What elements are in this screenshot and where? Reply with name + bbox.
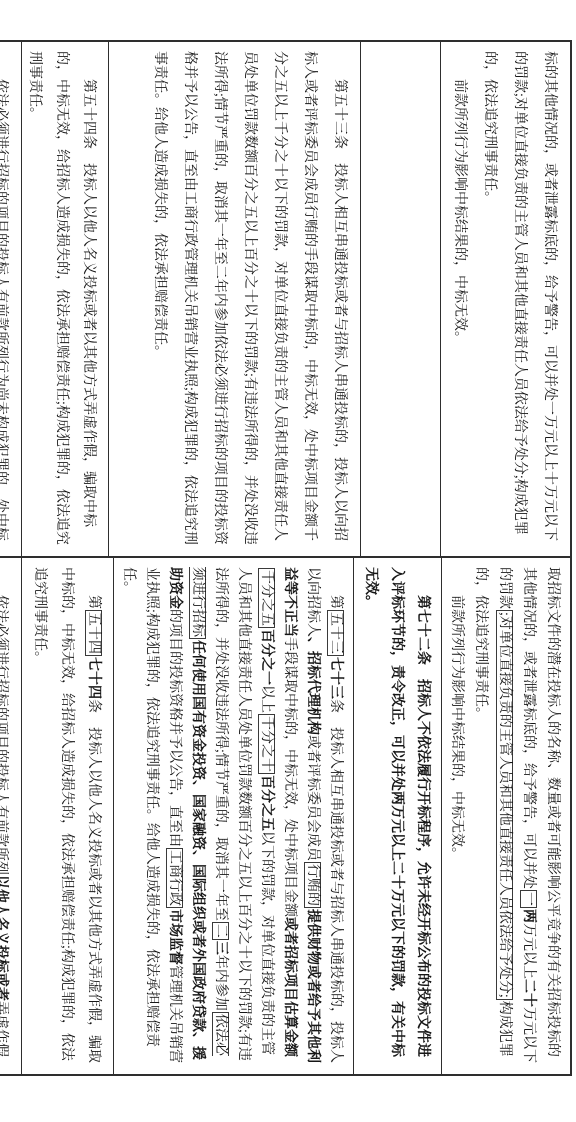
- text-segment: 的项目的投标资格并予以公告，直至由: [167, 609, 182, 847]
- text-segment: 前款所列行为影响中标结果的，中标无效。: [449, 595, 464, 861]
- text-segment: 五十三: [327, 610, 344, 656]
- old-article-54-para2-cutoff: 依法必须进行招标的项目的投标人有前款所列行为尚未构成犯罪的，处中标项目金额千分之…: [0, 42, 21, 556]
- paragraph: 取招标文件的潜在投标人的名称、数量或者可能影响公平竞争的有关招标投标的其他情况的…: [468, 567, 564, 1066]
- text-segment: 第: [328, 595, 343, 609]
- draft-article-74-para2-cutoff: 依法必须进行招标的项目的投标人有前款所列以他人名义投标或者弄虚作假行为尚未构成犯…: [0, 558, 21, 1074]
- old-law-column: 标的其他情况的，或者泄露标底的，给予警告，可以并处一万元以上十万元以下的罚款;对…: [0, 40, 570, 558]
- document-page: 标的其他情况的，或者泄露标底的，给予警告，可以并处一万元以上十万元以下的罚款;对…: [0, 0, 576, 1122]
- paragraph: 标的其他情况的，或者泄露标底的，给予警告，可以并处一万元以上十万元以下的罚款;对…: [474, 51, 564, 548]
- text-segment: 依法必须进行招标的项目的投标人有前款所列: [0, 595, 8, 875]
- text-segment: 二: [212, 922, 229, 940]
- text-segment: 第: [86, 595, 101, 609]
- text-segment: 标的其他情况的，或者泄露标底的，给予警告，可以并处一万元以上十万元以下的罚款;对…: [482, 51, 557, 541]
- text-segment: 第五十三条 投标人相互串通投标或者与招标人串通投标的，投标人以向招标人或者评标委…: [152, 51, 347, 545]
- text-segment: 、招标代理机构: [305, 637, 320, 735]
- text-segment: 市场监督: [167, 909, 182, 965]
- paragraph: 第五十三条 投标人相互串通投标或者与招标人串通投标的，投标人以向招标人或者评标委…: [144, 51, 354, 548]
- paragraph: 第五十三七十三条 投标人相互串通投标或者与招标人串通投标的，投标人以向招标人、招…: [117, 567, 347, 1066]
- paragraph: 第七十二条 招标人不依法履行开标程序，允许未经开标公布的投标文件进入评标环节的，…: [357, 567, 435, 1066]
- text-segment: 或者评标委员会成员: [305, 735, 320, 861]
- draft-article-72-new: 第七十二条 招标人不依法履行开标程序，允许未经开标公布的投标文件进入评标环节的，…: [353, 558, 441, 1074]
- rotated-scan-page: 标的其他情况的，或者泄露标底的，给予警告，可以并处一万元以上十万元以下的罚款;对…: [0, 0, 576, 1122]
- text-segment: 七十三: [328, 657, 343, 699]
- old-article-53: 第五十三条 投标人相互串通投标或者与招标人串通投标的，投标人以向招标人或者评标委…: [108, 42, 360, 556]
- paragraph: 前款所列行为影响中标结果的，中标无效。: [444, 567, 468, 1066]
- paragraph: 依法必须进行招标的项目的投标人有前款所列行为尚未构成犯罪的，处中标项目金额千分之…: [0, 51, 15, 548]
- text-segment: 依法必须进行招标的项目的投标人有前款所列行为尚未构成犯罪的，处中标项目金额千分之…: [0, 51, 8, 541]
- paragraph: 依法必须进行招标的项目的投标人有前款所列以他人名义投标或者弄虚作假行为尚未构成犯…: [0, 567, 15, 1066]
- text-segment: 行贿的: [304, 862, 321, 908]
- draft-law-column: 取招标文件的潜在投标人的名称、数量或者可能影响公平竞争的有关招标投标的其他情况的…: [0, 558, 570, 1076]
- text-segment: 千分之十: [258, 714, 275, 774]
- text-segment: 百分之五: [259, 775, 274, 831]
- text-segment: 两: [521, 909, 536, 923]
- text-segment: 二十: [521, 979, 536, 1007]
- text-segment: 一: [520, 890, 537, 908]
- old-empty-cell: [360, 42, 440, 556]
- text-segment: 第七十二条 招标人不依法履行开标程序，允许未经开标公布的投标文件进入评标环节的，…: [363, 567, 430, 1057]
- text-segment: 百分之一: [259, 629, 274, 685]
- text-segment: 年内参加: [213, 955, 228, 1011]
- draft-article-74: 第五十四七十四条 投标人以他人名义投标或者以其他方式弄虚作假，骗取中标的，中标无…: [21, 558, 113, 1074]
- old-article-54: 第五十四条 投标人以他人名义投标或者以其他方式弄虚作假，骗取中标的，中标无效，给…: [21, 42, 108, 556]
- paragraph: 第五十四条 投标人以他人名义投标或者以其他方式弄虚作假，骗取中标的，中标无效，给…: [21, 51, 102, 548]
- text-segment: 千分之五: [258, 568, 275, 628]
- text-segment: 三: [213, 941, 228, 955]
- paragraph: 前款所列行为影响中标结果的，中标无效。: [444, 51, 474, 548]
- text-segment: 工商行政: [166, 848, 183, 908]
- text-segment: 第五十四条 投标人以他人名义投标或者以其他方式弄虚作假，骗取中标的，中标无效，给…: [27, 51, 96, 545]
- old-article-52-tail: 标的其他情况的，或者泄露标底的，给予警告，可以并处一万元以上十万元以下的罚款;对…: [440, 42, 570, 556]
- text-segment: 前款所列行为影响中标结果的，中标无效。: [452, 79, 467, 345]
- text-segment: 或者招标项目估算金额: [282, 917, 297, 1057]
- law-comparison-table: 标的其他情况的，或者泄露标底的，给予警告，可以并处一万元以上十万元以下的罚款;对…: [0, 40, 572, 1076]
- text-segment: 万元以上: [521, 923, 536, 979]
- text-segment: 五十四: [85, 610, 102, 656]
- text-segment: 以他人名义投标或者: [0, 875, 8, 1001]
- text-segment: 以上: [259, 685, 274, 713]
- paragraph: 第五十四七十四条 投标人以他人名义投标或者以其他方式弄虚作假，骗取中标的，中标无…: [26, 567, 107, 1066]
- text-segment: 手段谋取中标的，中标无效，处中标项目金额: [282, 637, 297, 917]
- text-segment: ;对单位直接负责的主管人员和其他直接责任人员依法给予处分;: [496, 610, 513, 1000]
- draft-article-71-tail: 取招标文件的潜在投标人的名称、数量或者可能影响公平竞争的有关招标投标的其他情况的…: [441, 558, 570, 1074]
- draft-article-73: 第五十三七十三条 投标人相互串通投标或者与招标人串通投标的，投标人以向招标人、招…: [113, 558, 353, 1074]
- text-segment: 七十四: [86, 657, 101, 699]
